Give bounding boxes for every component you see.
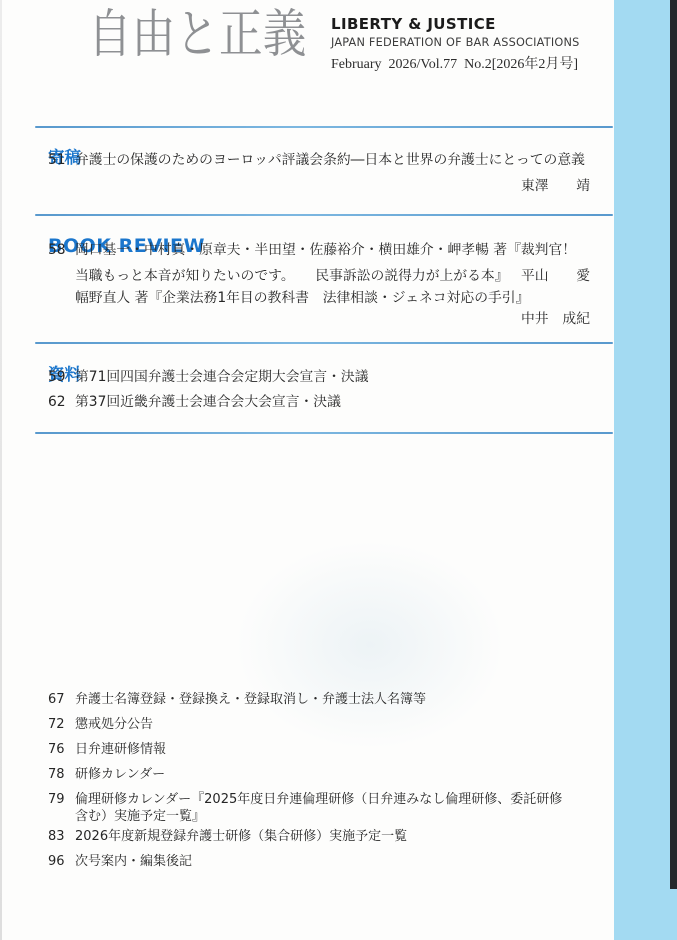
page-number: 79 bbox=[48, 791, 75, 825]
toc-entry-79: 79 倫理研修カレンダー『2025年度日弁連倫理研修（日弁連みなし倫理研修、委託… bbox=[48, 791, 596, 825]
magazine-title-japanese: 自由と正義 bbox=[88, 6, 306, 66]
page-number: 96 bbox=[48, 853, 75, 870]
toc-entry-58-continuation: 当職もっと本音が知りたいのです。 民事訴訟の説得力が上がる本』 平山 愛 bbox=[75, 264, 590, 284]
entry-title: 岡口基一・中村真・原章夫・半田望・佐藤裕介・横田雄介・岬孝暢 著『裁判官！ bbox=[75, 242, 593, 259]
entry-title: 第71回四国弁護士会連合会定期大会宣言・決議 bbox=[75, 369, 593, 386]
toc-entry-58-second-book: 幅野直人 著『企業法務1年目の教科書 法律相談・ジェネコ対応の手引』 bbox=[75, 286, 590, 306]
entry-title: 倫理研修カレンダー『2025年度日弁連倫理研修（日弁連みなし倫理研修、委託研修 … bbox=[75, 791, 596, 825]
magazine-toc-page: 自由と正義 LIBERTY & JUSTICE JAPAN FEDERATION… bbox=[0, 0, 677, 940]
page-number: 58 bbox=[48, 242, 75, 259]
section-divider-rule bbox=[35, 342, 613, 344]
page-number: 78 bbox=[48, 766, 75, 783]
cover-edge-bar bbox=[614, 0, 677, 940]
section-divider-rule bbox=[35, 214, 613, 216]
page-number: 59 bbox=[48, 369, 75, 386]
entry-title-continued: 当職もっと本音が知りたいのです。 民事訴訟の説得力が上がる本』 bbox=[75, 264, 509, 284]
entry-title-continued: 幅野直人 著『企業法務1年目の教科書 法律相談・ジェネコ対応の手引』 bbox=[75, 286, 529, 306]
page-number: 72 bbox=[48, 716, 75, 733]
issue-info: February 2026/Vol.77 No.2[2026年2月号] bbox=[331, 53, 579, 73]
author-name: 平山 愛 bbox=[521, 264, 590, 284]
toc-entry-51: 51 弁護士の保護のためのヨーロッパ評議会条約―日本と世界の弁護士にとっての意義 bbox=[48, 152, 593, 169]
toc-entry-96: 96 次号案内・編集後記 bbox=[48, 853, 596, 870]
page-number: 62 bbox=[48, 394, 75, 411]
magazine-title-english: LIBERTY & JUSTICE bbox=[331, 15, 579, 33]
entry-title-line2: 含む）実施予定一覧』 bbox=[75, 808, 596, 825]
toc-entry-67: 67 弁護士名簿登録・登録換え・登録取消し・弁護士法人名簿等 bbox=[48, 691, 596, 708]
entry-title: 日弁連研修情報 bbox=[75, 741, 596, 758]
entry-title: 弁護士名簿登録・登録換え・登録取消し・弁護士法人名簿等 bbox=[75, 691, 596, 708]
toc-entry-72: 72 懲戒処分公告 bbox=[48, 716, 596, 733]
entry-title-line1: 倫理研修カレンダー『2025年度日弁連倫理研修（日弁連みなし倫理研修、委託研修 bbox=[75, 791, 596, 808]
toc-entry-59: 59 第71回四国弁護士会連合会定期大会宣言・決議 bbox=[48, 369, 593, 386]
toc-entry-62: 62 第37回近畿弁護士会連合会大会宣言・決議 bbox=[48, 394, 593, 411]
entry-title: 研修カレンダー bbox=[75, 766, 596, 783]
page-number: 67 bbox=[48, 691, 75, 708]
page-number: 76 bbox=[48, 741, 75, 758]
toc-entry-76: 76 日弁連研修情報 bbox=[48, 741, 596, 758]
toc-entry-58: 58 岡口基一・中村真・原章夫・半田望・佐藤裕介・横田雄介・岬孝暢 著『裁判官！ bbox=[48, 242, 593, 259]
entry-title: 弁護士の保護のためのヨーロッパ評議会条約―日本と世界の弁護士にとっての意義 bbox=[75, 152, 593, 169]
section-divider-rule bbox=[35, 432, 613, 434]
organization-name: JAPAN FEDERATION OF BAR ASSOCIATIONS bbox=[331, 36, 579, 49]
toc-entry-83: 83 2026年度新規登録弁護士研修（集合研修）実施予定一覧 bbox=[48, 828, 596, 845]
author-name: 東澤 靖 bbox=[48, 174, 590, 194]
entry-title: 懲戒処分公告 bbox=[75, 716, 596, 733]
scan-edge-left bbox=[0, 0, 2, 940]
author-name: 中井 成紀 bbox=[48, 307, 590, 327]
masthead-right-block: LIBERTY & JUSTICE JAPAN FEDERATION OF BA… bbox=[331, 15, 579, 73]
cover-edge-shadow bbox=[670, 0, 677, 889]
entry-title: 2026年度新規登録弁護士研修（集合研修）実施予定一覧 bbox=[75, 828, 596, 845]
back-matter-list: 67 弁護士名簿登録・登録換え・登録取消し・弁護士法人名簿等 72 懲戒処分公告… bbox=[48, 691, 596, 878]
page-number: 51 bbox=[48, 152, 75, 169]
page-number: 83 bbox=[48, 828, 75, 845]
section-divider-rule bbox=[35, 126, 613, 128]
entry-title: 第37回近畿弁護士会連合会大会宣言・決議 bbox=[75, 394, 593, 411]
toc-entry-78: 78 研修カレンダー bbox=[48, 766, 596, 783]
entry-title: 次号案内・編集後記 bbox=[75, 853, 596, 870]
